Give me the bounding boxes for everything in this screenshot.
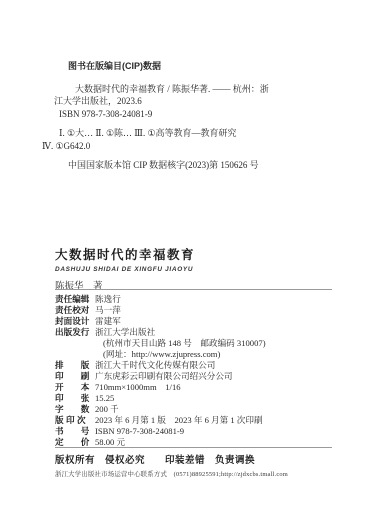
- imprint-label: 印 刷: [55, 371, 95, 382]
- imprint-label: 出版发行: [55, 327, 95, 338]
- imprint-label: 印 张: [55, 393, 95, 404]
- imprint-row-publisher: 出版发行 浙江大学出版社: [55, 327, 335, 338]
- imprint-row-format: 开 本 710mm×1000mm 1/16: [55, 382, 335, 393]
- cip-isbn-line: ISBN 978-7-308-24081-9: [59, 108, 337, 121]
- imprint-label: 责任校对: [55, 305, 95, 316]
- imprint-label: 封面设计: [55, 316, 95, 327]
- imprint-row-edition: 版 印 次 2023 年 6 月第 1 版 2023 年 6 月第 1 次印刷: [55, 415, 335, 426]
- publisher-website: (网址：http://www.zjupress.com): [103, 349, 335, 360]
- imprint-value: 15.25: [95, 393, 335, 404]
- cip-header: 图书在版编目(CIP)数据: [68, 60, 337, 73]
- imprint-value: 浙江大学出版社: [95, 327, 335, 338]
- imprint-value: ISBN 978-7-308-24081-9: [95, 426, 335, 437]
- imprint-row-wordcount: 字 数 200 千: [55, 404, 335, 415]
- imprint-label: 开 本: [55, 382, 95, 393]
- publisher-address: (杭州市天目山路 148 号 邮政编码 310007): [103, 338, 335, 349]
- copyright-notice: 版权所有 侵权必究 印装差错 负责调换: [55, 452, 337, 466]
- imprint-list: 责任编辑 陈逸行 责任校对 马一萍 封面设计 雷建军 出版发行 浙江大学出版社 …: [55, 294, 335, 448]
- imprint-row-typesetting: 排 版 浙江大千时代文化传媒有限公司: [55, 360, 335, 371]
- imprint-value: 浙江大千时代文化传媒有限公司: [95, 360, 335, 371]
- copyright-page: 图书在版编目(CIP)数据 大数据时代的幸福教育 / 陈振华著. —— 杭州：浙…: [0, 0, 375, 524]
- book-title: 大数据时代的幸福教育: [55, 245, 335, 263]
- cip-title-line-2: 江大学出版社，2023.6: [54, 95, 337, 108]
- imprint-value: 200 千: [95, 404, 335, 415]
- imprint-label: 书 号: [55, 426, 95, 437]
- cip-classification-line-2: Ⅳ. ①G642.0: [42, 140, 337, 153]
- book-title-pinyin: DASHUJU SHIDAI DE XINGFU JIAOYU: [55, 266, 335, 273]
- divider-bottom: [55, 447, 332, 448]
- imprint-label: 责任编辑: [55, 294, 95, 305]
- imprint-value: 广东虎彩云印刷有限公司绍兴分公司: [95, 371, 335, 382]
- imprint-value: 马一萍: [95, 305, 335, 316]
- imprint-row-editor: 责任编辑 陈逸行: [55, 294, 335, 305]
- imprint-value: 710mm×1000mm 1/16: [95, 382, 335, 393]
- title-block: 大数据时代的幸福教育 DASHUJU SHIDAI DE XINGFU JIAO…: [55, 245, 335, 292]
- imprint-row-sheets: 印 张 15.25: [55, 393, 335, 404]
- press-contact-line: 浙江大学出版社市场运营中心联系方式 (0571)88925591;http://…: [55, 469, 337, 478]
- cip-classification-line-1: Ⅰ. ①大… Ⅱ. ①陈… Ⅲ. ①高等教育—教育研究: [59, 127, 337, 140]
- cip-title-line-1: 大数据时代的幸福教育 / 陈振华著. —— 杭州：浙: [75, 83, 337, 96]
- imprint-row-printing: 印 刷 广东虎彩云印刷有限公司绍兴分公司: [55, 371, 335, 382]
- footer: 版权所有 侵权必究 印装差错 负责调换 浙江大学出版社市场运营中心联系方式 (0…: [55, 452, 337, 478]
- divider-top: [55, 289, 332, 290]
- imprint-label: 版 印 次: [55, 415, 95, 426]
- imprint-row-proofreader: 责任校对 马一萍: [55, 305, 335, 316]
- imprint-label: 排 版: [55, 360, 95, 371]
- imprint-value: 雷建军: [95, 316, 335, 327]
- imprint-value: 陈逸行: [95, 294, 335, 305]
- imprint-row-cover-design: 封面设计 雷建军: [55, 316, 335, 327]
- imprint-value: 2023 年 6 月第 1 版 2023 年 6 月第 1 次印刷: [95, 415, 335, 426]
- cip-block: 图书在版编目(CIP)数据 大数据时代的幸福教育 / 陈振华著. —— 杭州：浙…: [42, 60, 337, 172]
- cip-record-number-line: 中国国家版本馆 CIP 数据核字(2023)第 150626 号: [68, 159, 337, 172]
- imprint-row-isbn: 书 号 ISBN 978-7-308-24081-9: [55, 426, 335, 437]
- imprint-label: 字 数: [55, 404, 95, 415]
